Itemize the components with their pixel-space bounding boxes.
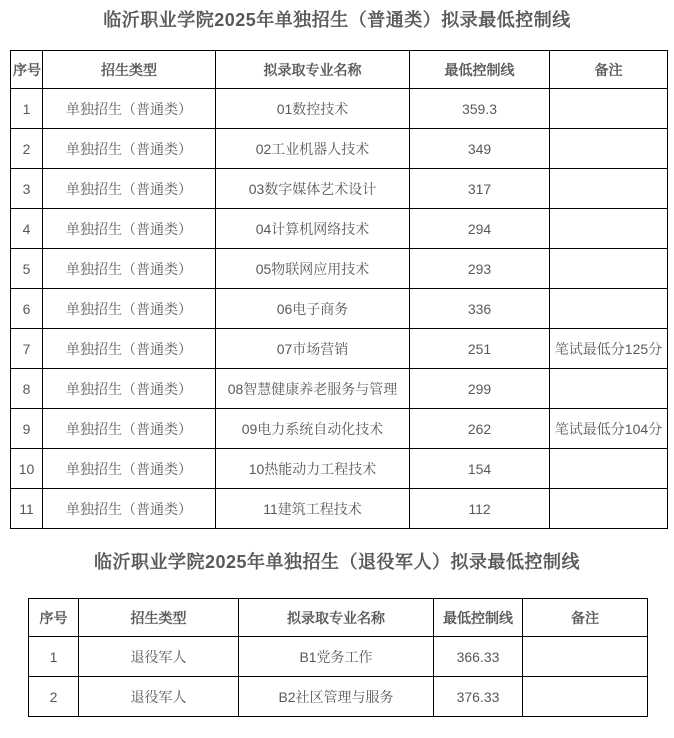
table-cell: 02工业机器人技术 [216, 129, 410, 169]
table-cell: 单独招生（普通类） [43, 169, 216, 209]
table-cell: 293 [410, 249, 550, 289]
table-row: 8单独招生（普通类）08智慧健康养老服务与管理299 [11, 369, 668, 409]
table-cell: 10 [11, 449, 43, 489]
admission-table-veterans: 序号招生类型拟录取专业名称最低控制线备注 1退役军人B1党务工作366.332退… [28, 598, 648, 717]
table-cell: 10热能动力工程技术 [216, 449, 410, 489]
table-cell [550, 249, 668, 289]
table-cell [523, 637, 648, 677]
table-cell: B2社区管理与服务 [239, 677, 434, 717]
table-cell: 336 [410, 289, 550, 329]
table-cell: 单独招生（普通类） [43, 89, 216, 129]
column-header: 最低控制线 [410, 51, 550, 89]
table-cell: 3 [11, 169, 43, 209]
table-cell [550, 489, 668, 529]
admission-table-general: 序号招生类型拟录取专业名称最低控制线备注 1单独招生（普通类）01数控技术359… [10, 50, 668, 529]
table-cell: 349 [410, 129, 550, 169]
table-cell: 366.33 [434, 637, 523, 677]
table-row: 3单独招生（普通类）03数字媒体艺术设计317 [11, 169, 668, 209]
table-section-veterans: 临沂职业学院2025年单独招生（退役军人）拟录最低控制线 序号招生类型拟录取专业… [0, 529, 674, 717]
table-cell: 08智慧健康养老服务与管理 [216, 369, 410, 409]
table-cell [550, 169, 668, 209]
table-cell [550, 369, 668, 409]
table-cell: 11建筑工程技术 [216, 489, 410, 529]
table-cell: 单独招生（普通类） [43, 249, 216, 289]
column-header: 序号 [11, 51, 43, 89]
table-cell: 9 [11, 409, 43, 449]
table-cell: 6 [11, 289, 43, 329]
header-row: 序号招生类型拟录取专业名称最低控制线备注 [11, 51, 668, 89]
column-header: 序号 [29, 599, 79, 637]
table-cell: 笔试最低分104分 [550, 409, 668, 449]
table-cell: 294 [410, 209, 550, 249]
table-cell: 05物联网应用技术 [216, 249, 410, 289]
table-row: 1退役军人B1党务工作366.33 [29, 637, 648, 677]
table-cell: 01数控技术 [216, 89, 410, 129]
table-cell: 单独招生（普通类） [43, 209, 216, 249]
table-row: 1单独招生（普通类）01数控技术359.3 [11, 89, 668, 129]
table-title-general: 临沂职业学院2025年单独招生（普通类）拟录最低控制线 [0, 0, 674, 32]
table-cell: 单独招生（普通类） [43, 289, 216, 329]
table-cell: 262 [410, 409, 550, 449]
table-section-general: 临沂职业学院2025年单独招生（普通类）拟录最低控制线 序号招生类型拟录取专业名… [0, 0, 674, 529]
column-header: 拟录取专业名称 [216, 51, 410, 89]
table-cell: 单独招生（普通类） [43, 449, 216, 489]
page: 临沂职业学院2025年单独招生（普通类）拟录最低控制线 序号招生类型拟录取专业名… [0, 0, 674, 738]
table-cell [550, 209, 668, 249]
table-cell: 8 [11, 369, 43, 409]
table-row: 2单独招生（普通类）02工业机器人技术349 [11, 129, 668, 169]
table-cell [550, 449, 668, 489]
table-cell: 2 [11, 129, 43, 169]
table-cell [550, 129, 668, 169]
table-row: 10单独招生（普通类）10热能动力工程技术154 [11, 449, 668, 489]
table-cell: 笔试最低分125分 [550, 329, 668, 369]
table-cell: 单独招生（普通类） [43, 369, 216, 409]
table-cell: 1 [29, 637, 79, 677]
table-cell: 376.33 [434, 677, 523, 717]
table-row: 5单独招生（普通类）05物联网应用技术293 [11, 249, 668, 289]
table-cell: 单独招生（普通类） [43, 409, 216, 449]
table-cell: 单独招生（普通类） [43, 329, 216, 369]
column-header: 招生类型 [43, 51, 216, 89]
table-cell: 04计算机网络技术 [216, 209, 410, 249]
column-header: 最低控制线 [434, 599, 523, 637]
column-header: 招生类型 [79, 599, 239, 637]
table-cell: 359.3 [410, 89, 550, 129]
column-header: 备注 [550, 51, 668, 89]
table-cell: 4 [11, 209, 43, 249]
table-cell: 退役军人 [79, 677, 239, 717]
table-row: 6单独招生（普通类）06电子商务336 [11, 289, 668, 329]
table-cell: 单独招生（普通类） [43, 489, 216, 529]
table-cell: 7 [11, 329, 43, 369]
column-header: 备注 [523, 599, 648, 637]
table-row: 7单独招生（普通类）07市场营销251笔试最低分125分 [11, 329, 668, 369]
table-cell: 06电子商务 [216, 289, 410, 329]
table-cell: 112 [410, 489, 550, 529]
table-cell: 09电力系统自动化技术 [216, 409, 410, 449]
column-header: 拟录取专业名称 [239, 599, 434, 637]
table-cell: 2 [29, 677, 79, 717]
table-cell: 11 [11, 489, 43, 529]
table-row: 11单独招生（普通类）11建筑工程技术112 [11, 489, 668, 529]
table-cell: 317 [410, 169, 550, 209]
table-cell [550, 89, 668, 129]
table-cell [523, 677, 648, 717]
table-row: 2退役军人B2社区管理与服务376.33 [29, 677, 648, 717]
table-cell: 299 [410, 369, 550, 409]
table-title-veterans: 临沂职业学院2025年单独招生（退役军人）拟录最低控制线 [0, 529, 674, 574]
table-cell: 251 [410, 329, 550, 369]
table-cell: 07市场营销 [216, 329, 410, 369]
table-cell: B1党务工作 [239, 637, 434, 677]
header-row: 序号招生类型拟录取专业名称最低控制线备注 [29, 599, 648, 637]
table-cell: 退役军人 [79, 637, 239, 677]
table-row: 4单独招生（普通类）04计算机网络技术294 [11, 209, 668, 249]
table-cell: 03数字媒体艺术设计 [216, 169, 410, 209]
table-cell [550, 289, 668, 329]
table-cell: 单独招生（普通类） [43, 129, 216, 169]
table-cell: 154 [410, 449, 550, 489]
table-row: 9单独招生（普通类）09电力系统自动化技术262笔试最低分104分 [11, 409, 668, 449]
table-cell: 5 [11, 249, 43, 289]
table-cell: 1 [11, 89, 43, 129]
